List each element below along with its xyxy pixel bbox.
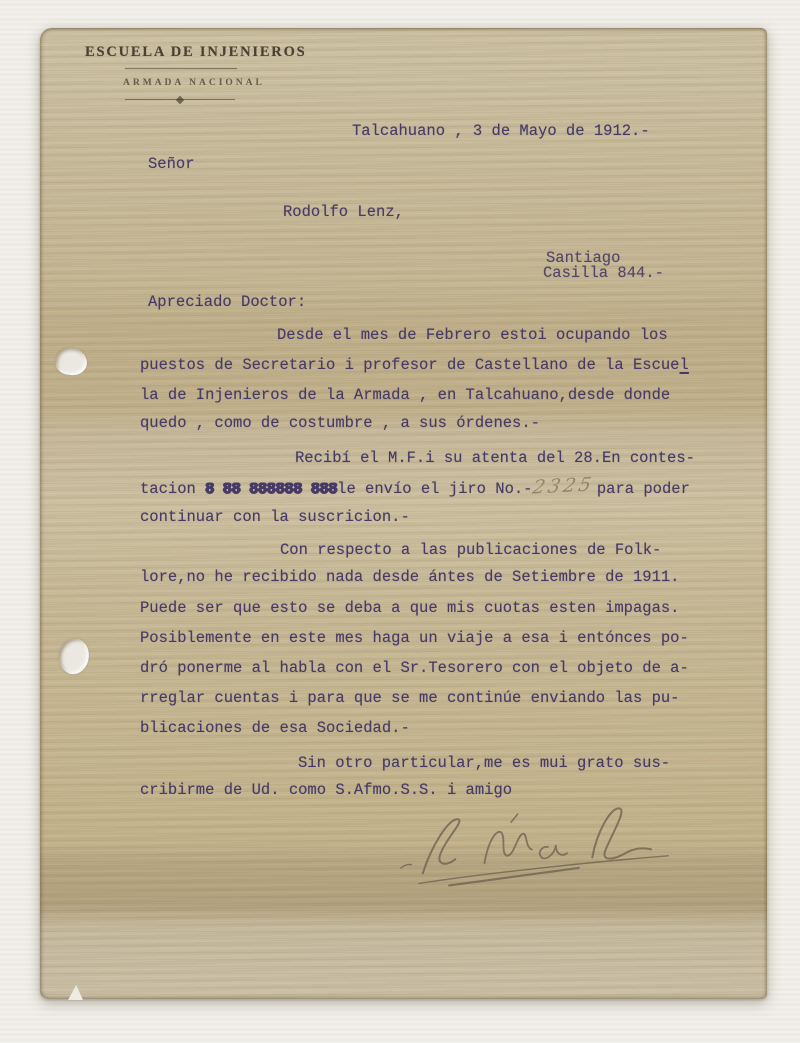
punch-hole-bottom (57, 638, 90, 676)
handwritten-giro-number: 2325 (530, 474, 595, 497)
body-text: puestos de Secretario i profesor de Cast… (140, 356, 680, 374)
body-line: cribirme de Ud. como S.Afmo.S.S. i amigo (140, 780, 512, 800)
greeting-line: Apreciado Doctor: (148, 292, 306, 312)
ornament-diamond-icon (176, 96, 184, 104)
letterhead: ESCUELA DE INJENIEROS ARMADA NACIONAL (85, 44, 281, 103)
body-line: Puede ser que esto se deba a que mis cuo… (140, 598, 680, 618)
body-line: la de Injenieros de la Armada , en Talca… (140, 385, 670, 405)
underlined-text: l (680, 356, 689, 374)
dateline: Talcahuano , 3 de Mayo de 1912.- (352, 121, 650, 141)
letterhead-organization: ESCUELA DE INJENIEROS (85, 44, 281, 61)
letter-paper-sheet: ESCUELA DE INJENIEROS ARMADA NACIONAL Ta… (40, 28, 767, 999)
letterhead-rule (125, 68, 237, 69)
body-line: tacion 8 88 888888 888le envío el jiro N… (140, 477, 690, 499)
body-line: blicaciones de esa Sociedad.- (140, 718, 410, 738)
body-line: continuar con la suscricion.- (140, 507, 410, 527)
recipient-po-box: Casilla 844.- (543, 263, 664, 283)
body-line: Sin otro particular,me es mui grato sus- (298, 753, 670, 773)
punch-hole-top (54, 346, 88, 377)
body-line: Desde el mes de Febrero estoi ocupando l… (277, 325, 668, 345)
body-text: para poder (597, 480, 690, 498)
recipient-name: Rodolfo Lenz, (283, 202, 404, 222)
body-line: Posiblemente en este mes haga un viaje a… (140, 628, 689, 648)
body-line: puestos de Secretario i profesor de Cast… (140, 355, 689, 375)
letterhead-ornament-divider (125, 97, 235, 103)
body-line: rreglar cuentas i para que se me continú… (140, 688, 680, 708)
body-line: lore,no he recibido nada desde ántes de … (140, 567, 680, 587)
body-text: tacion (140, 480, 205, 498)
signature-handwriting (390, 798, 703, 901)
body-line: Recibí el M.F.i su atenta del 28.En cont… (295, 448, 695, 468)
letterhead-subtitle: ARMADA NACIONAL (123, 78, 281, 88)
overstruck-text: 8 88 888888 888 (205, 480, 337, 498)
body-line: quedo , como de costumbre , a sus órdene… (140, 413, 540, 433)
body-text: le envío el jiro No.- (337, 480, 532, 498)
edge-tear-notch (68, 985, 83, 1000)
body-line: dró ponerme al habla con el Sr.Tesorero … (140, 658, 689, 678)
body-line: Con respecto a las publicaciones de Folk… (280, 540, 661, 560)
salutation-senor: Señor (148, 154, 195, 174)
